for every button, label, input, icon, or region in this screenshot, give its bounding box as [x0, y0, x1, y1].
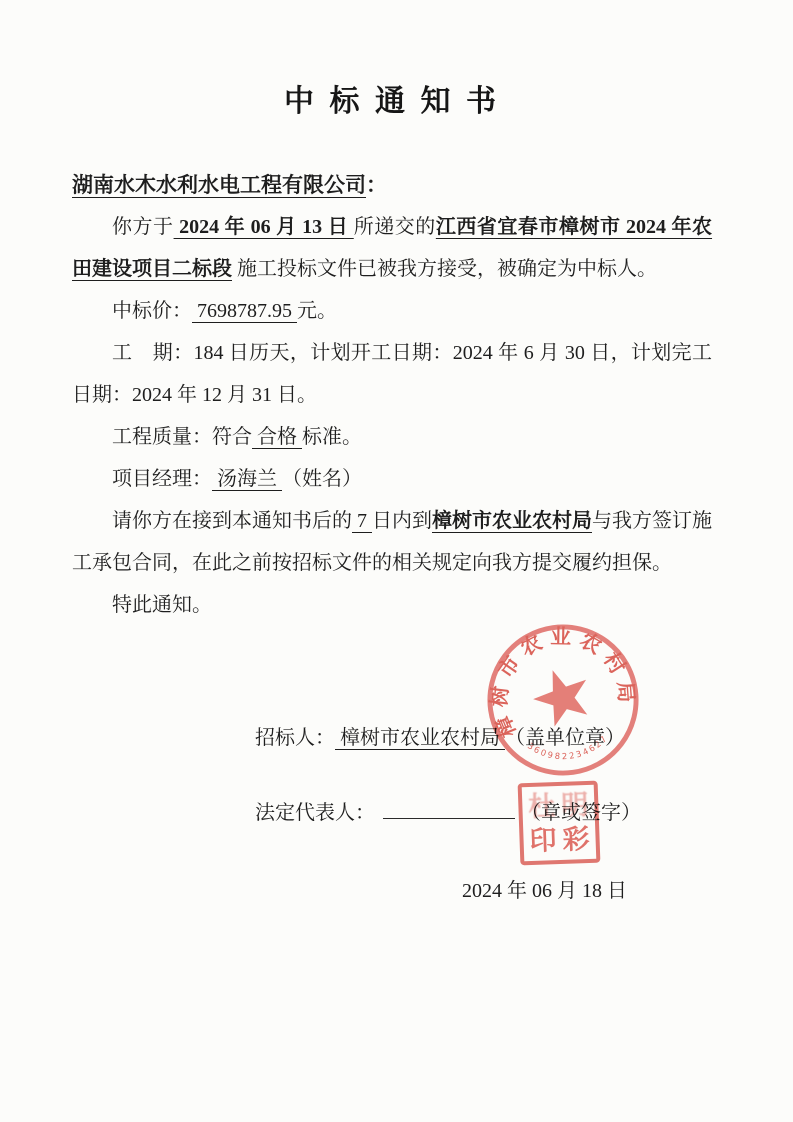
submission-mid-text: 所递交的 — [354, 216, 436, 238]
paragraph-closing: 特此通知。 — [72, 584, 712, 626]
tenderer-label: 招标人： — [255, 727, 335, 749]
bid-price-value: 7698787.95 — [192, 300, 297, 322]
legal-representative-note: （章或签字） — [521, 802, 641, 824]
recipient-colon: ： — [366, 173, 387, 197]
document-content: 中 标 通 知 书 湖南水木水利水电工程有限公司： 你方于 2024 年 06 … — [72, 0, 712, 912]
recipient-line: 湖南水木水利水电工程有限公司： — [72, 164, 712, 206]
submission-tail-text: 施工投标文件已被我方接受，被确定为中标人。 — [232, 258, 657, 280]
submission-date-value: 2024 年 06 月 13 日 — [174, 216, 354, 238]
paragraph-duration: 工 期：184 日历天，计划开工日期：2024 年 6 月 30 日，计划完工日… — [72, 332, 712, 416]
signing-days-value: 7 — [352, 510, 372, 532]
paragraph-quality: 工程质量：符合 合格 标准。 — [72, 416, 712, 458]
submission-lead-text: 你方于 — [112, 216, 174, 238]
project-manager-tail: （姓名） — [282, 468, 362, 490]
legal-representative-label: 法定代表人： — [255, 802, 375, 824]
tenderer-seal-note: （盖单位章） — [505, 727, 625, 749]
legal-representative-blank — [383, 798, 515, 819]
bid-price-unit: 元。 — [297, 300, 337, 322]
project-manager-name: 汤海兰 — [212, 468, 282, 490]
signing-lead-text: 请你方在接到本通知书后的 — [112, 510, 352, 532]
tenderer-name-value: 樟树市农业农村局 — [335, 727, 505, 749]
quality-label: 工程质量：符合 — [112, 426, 252, 448]
quality-value: 合格 — [252, 426, 302, 448]
document-body: 湖南水木水利水电工程有限公司： 你方于 2024 年 06 月 13 日 所递交… — [72, 164, 712, 626]
tenderer-signature-line: 招标人： 樟树市农业农村局 （盖单位章） — [255, 717, 712, 759]
duration-label: 工 期： — [112, 342, 193, 364]
issue-date: 2024 年 06 月 18 日 — [462, 870, 712, 912]
bid-price-label: 中标价： — [112, 300, 192, 322]
legal-representative-line: 法定代表人：（章或签字） — [255, 792, 712, 834]
document-page: 中 标 通 知 书 湖南水木水利水电工程有限公司： 你方于 2024 年 06 … — [0, 0, 793, 1122]
paragraph-bid-price: 中标价： 7698787.95 元。 — [72, 290, 712, 332]
paragraph-submission: 你方于 2024 年 06 月 13 日 所递交的江西省宜春市樟树市 2024 … — [72, 206, 712, 290]
paragraph-project-manager: 项目经理： 汤海兰 （姓名） — [72, 458, 712, 500]
quality-tail: 标准。 — [302, 426, 362, 448]
paragraph-contract-signing: 请你方在接到本通知书后的 7 日内到樟树市农业农村局与我方签订施工承包合同，在此… — [72, 500, 712, 584]
signing-mid-text: 日内到 — [372, 510, 432, 532]
document-title: 中 标 通 知 书 — [72, 84, 712, 120]
project-manager-label: 项目经理： — [112, 468, 212, 490]
signing-office-name: 樟树市农业农村局 — [432, 510, 592, 532]
recipient-company-name: 湖南水木水利水电工程有限公司 — [72, 173, 366, 197]
